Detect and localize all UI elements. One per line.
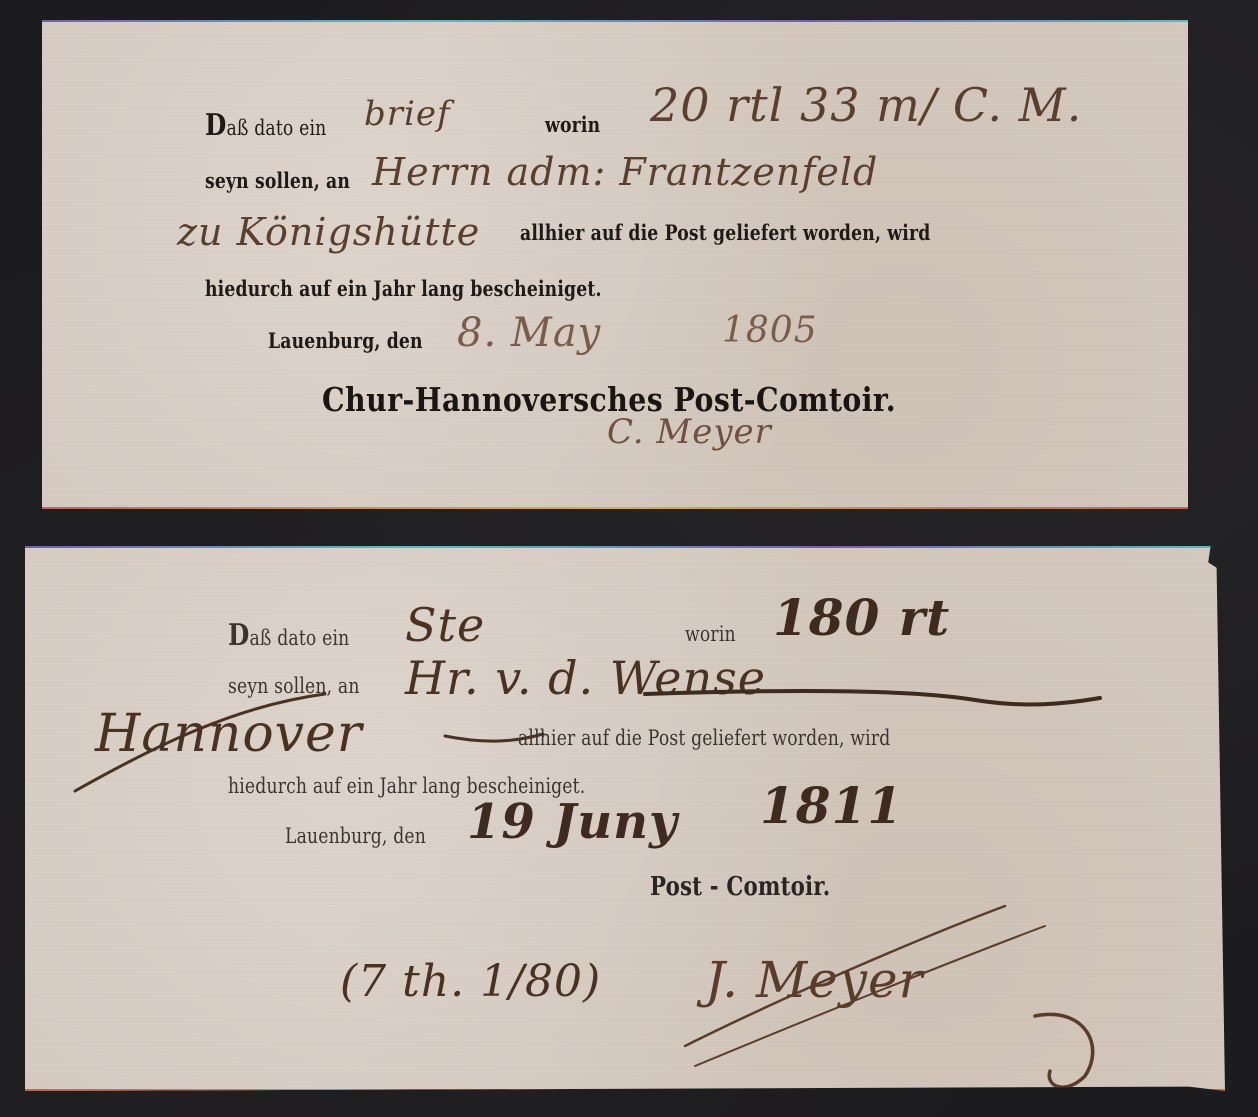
decorative-initial: D	[228, 618, 249, 653]
hand-year: 1805	[722, 310, 818, 351]
hand-date: 19 Juny	[467, 794, 678, 850]
print-dass-dato-ein: aß dato ein	[249, 626, 349, 650]
hand-place: zu Königshütte	[177, 210, 480, 254]
print-delivery-text: allhier auf die Post geliefert worden, w…	[518, 726, 890, 750]
recipient-flourish	[645, 686, 1105, 716]
signature: C. Meyer	[607, 412, 772, 452]
receipt-1811: Daß dato ein Ste worin 180 rt seyn solle…	[25, 546, 1225, 1091]
hand-year: 1811	[760, 776, 903, 835]
receipt-1805: Daß dato ein brief worin 20 rtl 33 m/ C.…	[42, 20, 1188, 509]
scan-edge-artifact	[25, 546, 1225, 548]
signature-flourish	[665, 896, 1145, 1096]
print-lauenburg-den: Lauenburg, den	[285, 824, 426, 848]
fee-note: (7 th. 1/80)	[340, 956, 601, 1007]
print-worin: worin	[545, 112, 600, 137]
hand-recipient: Herrn adm: Frantzenfeld	[372, 150, 878, 194]
hand-contents: 20 rtl 33 m/ C. M.	[650, 78, 1082, 132]
hand-date: 8. May	[457, 310, 601, 356]
hand-item: Ste	[405, 598, 485, 652]
print-line-1: Daß dato ein	[228, 618, 349, 653]
print-worin: worin	[685, 622, 736, 646]
scan-edge-artifact	[42, 507, 1188, 509]
print-lauenburg-den: Lauenburg, den	[268, 328, 423, 353]
hand-contents: 180 rt	[773, 588, 950, 647]
hand-item: brief	[364, 94, 451, 134]
print-line-1: Daß dato ein	[205, 108, 326, 143]
print-delivery-text: allhier auf die Post geliefert worden, w…	[520, 220, 930, 245]
scan-edge-artifact	[42, 20, 1188, 22]
decorative-initial: D	[205, 108, 226, 143]
print-certification-text: hiedurch auf ein Jahr lang bescheiniget.	[205, 276, 602, 301]
print-dass-dato-ein: aß dato ein	[226, 116, 326, 140]
print-seyn-sollen-an: seyn sollen, an	[205, 168, 350, 193]
